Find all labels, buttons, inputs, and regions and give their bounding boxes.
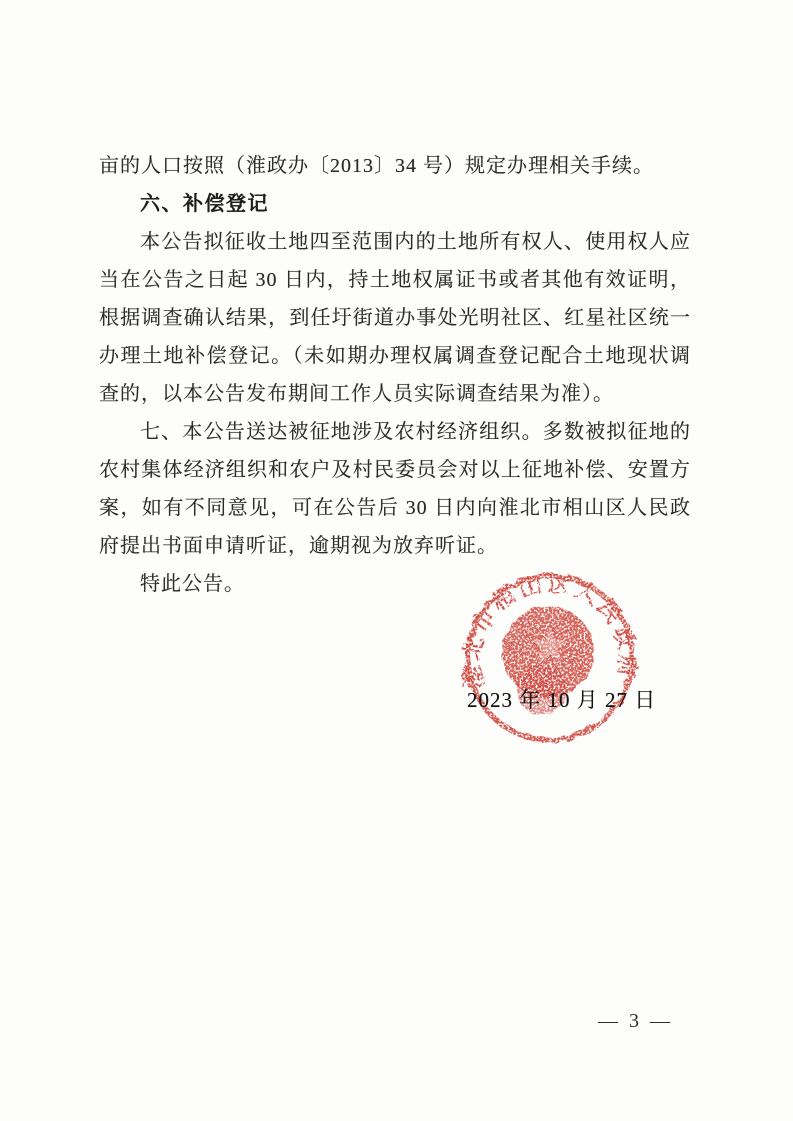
text-line: 农村集体经济组织和农户及村民委员会对以上征地补偿、安置方 xyxy=(99,451,691,489)
issue-date: 2023 年 10 月 27 日 xyxy=(467,684,656,714)
text-line: 七、本公告送达被征地涉及农村经济组织。多数被拟征地的 xyxy=(99,413,691,451)
text-line: 根据调查确认结果，到任圩街道办事处光明社区、红星社区统一 xyxy=(99,299,691,337)
text-line: 本公告拟征收土地四至范围内的土地所有权人、使用权人应 xyxy=(99,223,691,261)
document-page: 亩的人口按照（淮政办〔2013〕34 号）规定办理相关手续。 六、补偿登记 本公… xyxy=(0,0,793,1121)
section-heading: 六、补偿登记 xyxy=(99,185,691,223)
text-line: 查的，以本公告发布期间工作人员实际调查结果为准）。 xyxy=(99,375,691,413)
page-number: — 3 — xyxy=(598,1010,673,1033)
official-seal-stamp: 淮北市相山区人民政府 xyxy=(461,569,639,747)
text-line: 办理土地补偿登记。（未如期办理权属调查登记配合土地现状调 xyxy=(99,337,691,375)
announcement-body: 亩的人口按照（淮政办〔2013〕34 号）规定办理相关手续。 六、补偿登记 本公… xyxy=(99,147,691,603)
text-line: 当在公告之日起 30 日内，持土地权属证书或者其他有效证明， xyxy=(99,261,691,299)
text-line: 府提出书面申请听证，逾期视为放弃听证。 xyxy=(99,527,691,565)
text-line: 案，如有不同意见，可在公告后 30 日内向淮北市相山区人民政 xyxy=(99,489,691,527)
text-line: 亩的人口按照（淮政办〔2013〕34 号）规定办理相关手续。 xyxy=(99,147,691,185)
